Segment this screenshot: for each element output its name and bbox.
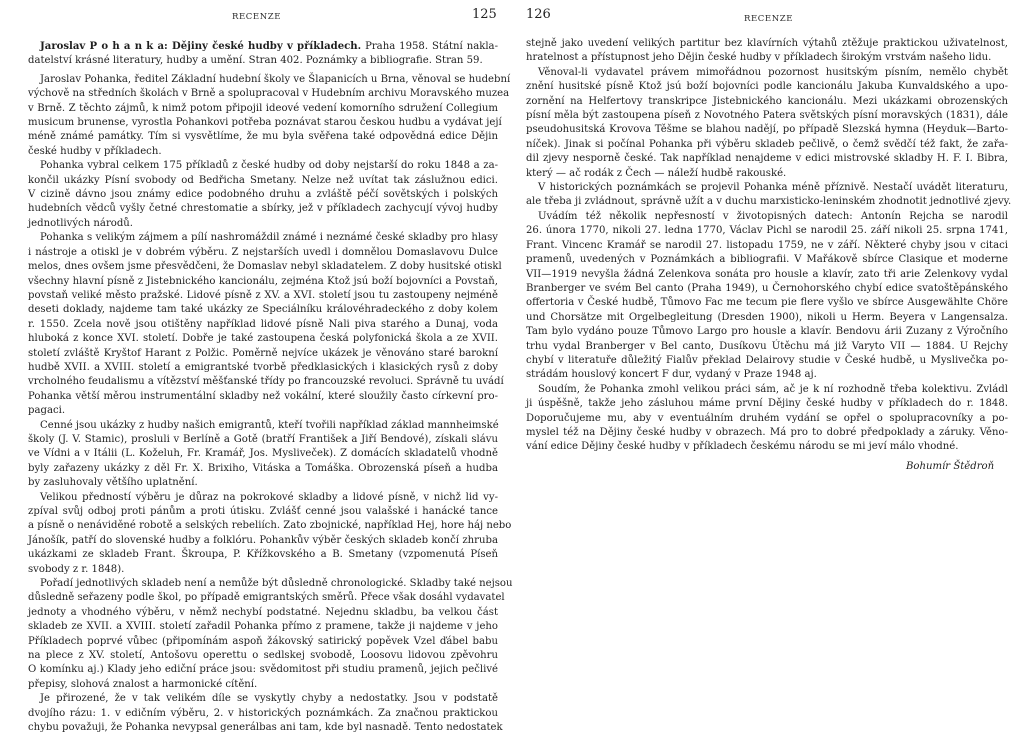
text-line: offertoria v České hudbě, Tůmovo Fac me … xyxy=(526,296,1008,310)
paragraph: Jaroslav Pohanka, ředitel Základní hudeb… xyxy=(28,73,498,159)
paragraph: Pořadí jednotlivých skladeb není a nemůž… xyxy=(28,577,498,692)
text-line: Uvádím též několik nepřesností v životop… xyxy=(526,210,1008,224)
text-line: melos, dnes ovšem jsme přesvědčeni, že D… xyxy=(28,260,498,274)
paragraph: V historických poznámkách se projevil Po… xyxy=(526,181,1008,210)
text-line: hudbě XVII. a XVIII. století a emigrants… xyxy=(28,361,498,375)
paragraph: Věnoval-li vydavatel právem mimořádnou p… xyxy=(526,66,1008,181)
text-line: důsledně seřazeny podle škol, po případě… xyxy=(28,591,498,605)
text-line: jednoty a vhodného výběru, v němž nechyb… xyxy=(28,606,498,620)
text-line: pagaci. xyxy=(28,404,498,418)
review-title-line: Jaroslav P o h a n k a: Dějiny české hud… xyxy=(28,40,498,54)
text-line: na plece z XV. století, Antošovu operett… xyxy=(28,649,498,663)
text-line: dil zjevy nesporně české. Tak například … xyxy=(526,152,1008,166)
paragraph: Soudím, že Pohanka zmohl velikou práci s… xyxy=(526,383,1008,455)
running-header: RECENZE xyxy=(744,14,793,24)
text-line: by zasluhovaly většího uplatnění. xyxy=(28,476,498,490)
text-line: hluboká z konce XVI. století. Dobře je t… xyxy=(28,332,498,346)
running-header: RECENZE xyxy=(232,12,281,22)
text-line: v Brně. Z těchto zájmů, k nimž potom při… xyxy=(28,102,498,116)
text-line: hratelnost a přístupnost jeho Dějin česk… xyxy=(526,51,1008,65)
right-page: 126 RECENZE stejně jako uvedení velikých… xyxy=(512,0,1024,747)
text-line: končil ukázky Písní svobody od Bedřicha … xyxy=(28,174,498,188)
text-line: Tam bylo vydáno pouze Tůmovo Largo pro h… xyxy=(526,325,1008,339)
paragraph: Velikou předností výběru je důraz na pok… xyxy=(28,491,498,577)
review-title-imprint: Praha 1958. Státní nakla- xyxy=(365,41,498,52)
text-line: a písně o nenáviděné robotě a selských r… xyxy=(28,519,498,533)
text-line: pramenů, uvedených v Poznámkách a biblio… xyxy=(526,253,1008,267)
text-line: Pohanka vybral celkem 175 příkladů z čes… xyxy=(28,159,498,173)
text-line: Branberger ve svém Bel canto (Praha 1949… xyxy=(526,282,1008,296)
text-line: přepisy, slohová znalost a harmonické cí… xyxy=(28,678,498,692)
text-line: svobody z r. 1848). xyxy=(28,563,498,577)
page-number: 125 xyxy=(472,7,497,22)
text-line: níček). Jinak si počínal Pohanka při výb… xyxy=(526,138,1008,152)
author-signature: Bohumír Štědroň xyxy=(906,461,994,472)
text-line: vání edice Dějiny české hudby v příklade… xyxy=(526,440,1008,454)
text-line: písní měla být zastoupena píseň z Novotn… xyxy=(526,109,1008,123)
text-line: vrcholného feudalismu a vítězství měšťan… xyxy=(28,375,498,389)
left-paragraphs: Jaroslav Pohanka, ředitel Základní hudeb… xyxy=(28,73,498,736)
page-number: 126 xyxy=(526,7,551,22)
text-line: Pohanka větší měrou instrumentální sklad… xyxy=(28,390,498,404)
text-line: Cenné jsou ukázky z hudby našich emigran… xyxy=(28,419,498,433)
text-line: V cizině dávno jsou známy edice podobnéh… xyxy=(28,188,498,202)
text-line: Jánošík, patří do slovenské hudby a folk… xyxy=(28,534,498,548)
text-line: myslel též na Dějiny české hudby v obraz… xyxy=(526,426,1008,440)
paragraph: Pohanka s velikým zájmem a pílí nashromá… xyxy=(28,231,498,418)
paragraph: Je přirozené, že v tak velikém díle se v… xyxy=(28,692,498,735)
left-page: RECENZE 125 Jaroslav P o h a n k a: Ději… xyxy=(0,0,512,747)
text-line: stejně jako uvedení velikých partitur be… xyxy=(526,37,1008,51)
text-line: jednotlivých národů. xyxy=(28,217,498,231)
text-line: chybu považuji, že Pohanka nevypsal gene… xyxy=(28,721,498,735)
text-line: dvojího rázu: 1. v edičním výběru, 2. v … xyxy=(28,707,498,721)
text-line: i nástroje a otiskl je v dobrém výběru. … xyxy=(28,246,498,260)
text-line: povstaň veliké město pražské. Lidové pís… xyxy=(28,289,498,303)
review-title-bold: Jaroslav P o h a n k a: Dějiny české hud… xyxy=(40,41,361,52)
text-line: zornění na Helfertovy transkripce Jisteb… xyxy=(526,95,1008,109)
text-line: Jaroslav Pohanka, ředitel Základní hudeb… xyxy=(28,73,498,87)
text-line: Soudím, že Pohanka zmohl velikou práci s… xyxy=(526,383,1008,397)
review-title-line-2: datelství krásné literatury, hudby a umě… xyxy=(28,54,498,68)
text-line: musicum brunense, vyrostla Pohankovi pot… xyxy=(28,116,498,130)
text-line: trhu vydal Branberger v Bel canto, Dusík… xyxy=(526,340,1008,354)
text-line: ukázkami ze skladeb Frant. Škroupa, P. K… xyxy=(28,548,498,562)
text-line: pseudohusitská Krovova Těšme se blahou n… xyxy=(526,123,1008,137)
text-line: 26. února 1770, nikoli 27. ledna 1770, V… xyxy=(526,224,1008,238)
text-line: r. 1550. Zcela nově jsou otištěny napřík… xyxy=(28,318,498,332)
text-line: české hudby v příkladech. xyxy=(28,145,498,159)
text-line: méně známé památky. Tím si vysvětlíme, ž… xyxy=(28,130,498,144)
text-line: Příkladech poprvé vůbec (připomínám aspo… xyxy=(28,635,498,649)
paragraph: Pohanka vybral celkem 175 příkladů z čes… xyxy=(28,159,498,231)
paragraph: Uvádím též několik nepřesností v životop… xyxy=(526,210,1008,383)
text-line: und Chorsätze mit Orgelbegleitung (Dresd… xyxy=(526,311,1008,325)
text-line: chybí v literatuře důležitý Fialův překl… xyxy=(526,354,1008,368)
text-line: ji úspěšně, takže jeho zásluhou máme prv… xyxy=(526,397,1008,411)
text-line: výchově na středních školách v Brně a sp… xyxy=(28,87,498,101)
text-line: hudebních vědců vyšly četné chrestomatie… xyxy=(28,202,498,216)
right-paragraphs: stejně jako uvedení velikých partitur be… xyxy=(526,37,1008,455)
text-line: Pořadí jednotlivých skladeb není a nemůž… xyxy=(28,577,498,591)
text-line: všechny hlavní písně z Jistebnického kan… xyxy=(28,275,498,289)
text-line: ale třeba ji zvládnout, správně užít a v… xyxy=(526,195,1008,209)
paragraph: stejně jako uvedení velikých partitur be… xyxy=(526,37,1008,66)
text-line: deseti doklady, najdeme tam také ukázky … xyxy=(28,303,498,317)
text-line: znění husitské písně Ktož jsú boží bojov… xyxy=(526,80,1008,94)
text-line: Věnoval-li vydavatel právem mimořádnou p… xyxy=(526,66,1008,80)
left-page-body: Jaroslav P o h a n k a: Dějiny české hud… xyxy=(28,40,498,736)
text-line: století zvláště Kryštof Harant z Polžic.… xyxy=(28,347,498,361)
text-line: Velikou předností výběru je důraz na pok… xyxy=(28,491,498,505)
text-line: VII—1919 nevyšla žádná Zelenkova sonáta … xyxy=(526,268,1008,282)
text-line: skladeb ze XVII. a XVIII. století zařadi… xyxy=(28,620,498,634)
paragraph: Cenné jsou ukázky z hudby našich emigran… xyxy=(28,419,498,491)
right-page-body: stejně jako uvedení velikých partitur be… xyxy=(526,37,1008,455)
text-line: strádám houslový koncert F dur, vydaný v… xyxy=(526,368,1008,382)
text-line: Pohanka s velikým zájmem a pílí nashromá… xyxy=(28,231,498,245)
text-line: Frant. Vincenc Kramář se narodil 27. lis… xyxy=(526,239,1008,253)
text-line: Je přirozené, že v tak velikém díle se v… xyxy=(28,692,498,706)
text-line: zpíval svůj odboj proti pánům a proti út… xyxy=(28,505,498,519)
text-line: Doporučujeme mu, aby v eventuálním druhé… xyxy=(526,412,1008,426)
text-line: školy (J. V. Stamic), prosluli v Berlíně… xyxy=(28,433,498,447)
text-line: který — ač rodák z Čech — náleží hudbě r… xyxy=(526,167,1008,181)
text-line: byly zařazeny ukázky z děl Fr. X. Brixih… xyxy=(28,462,498,476)
text-line: V historických poznámkách se projevil Po… xyxy=(526,181,1008,195)
text-line: ve Vídni a v Itálii (L. Koželuh, Fr. Kra… xyxy=(28,447,498,461)
text-line: O komínku aj.) Klady jeho ediční práce j… xyxy=(28,663,498,677)
